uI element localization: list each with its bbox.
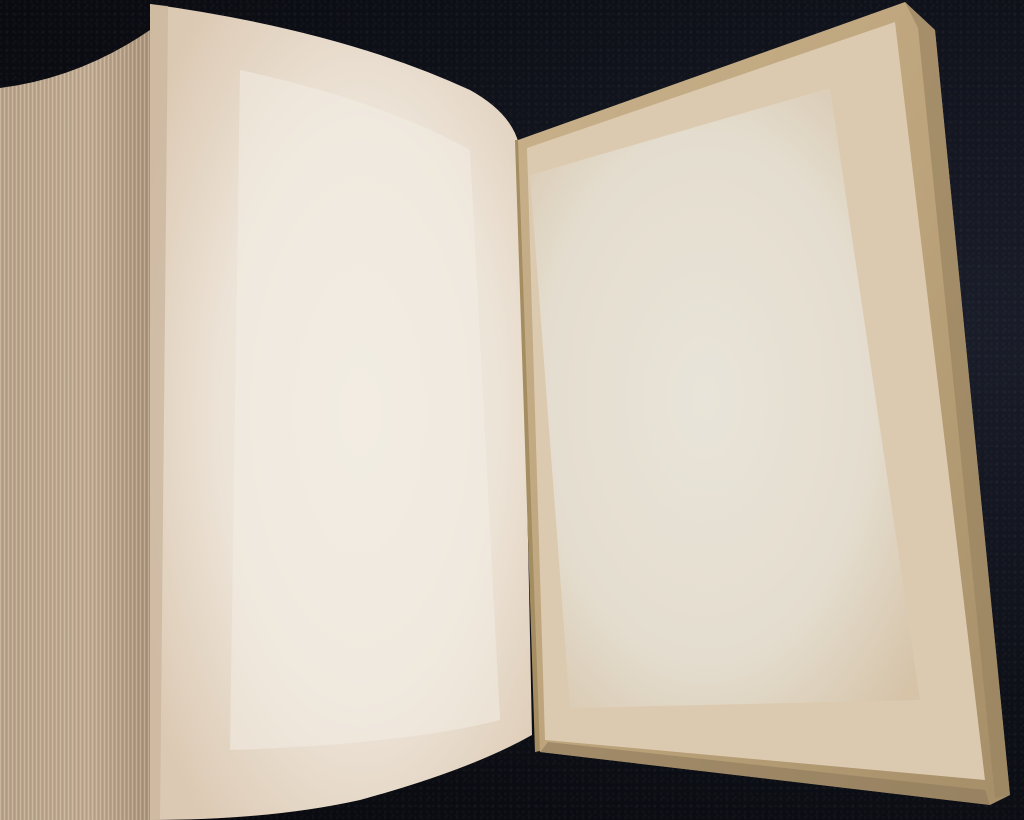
left-blank-page [150, 4, 532, 820]
right-board [518, 2, 1010, 805]
open-book-illustration [0, 0, 1024, 820]
page-block [0, 30, 150, 820]
photo-scene: Open antique book with blank cream pages… [0, 0, 1024, 820]
